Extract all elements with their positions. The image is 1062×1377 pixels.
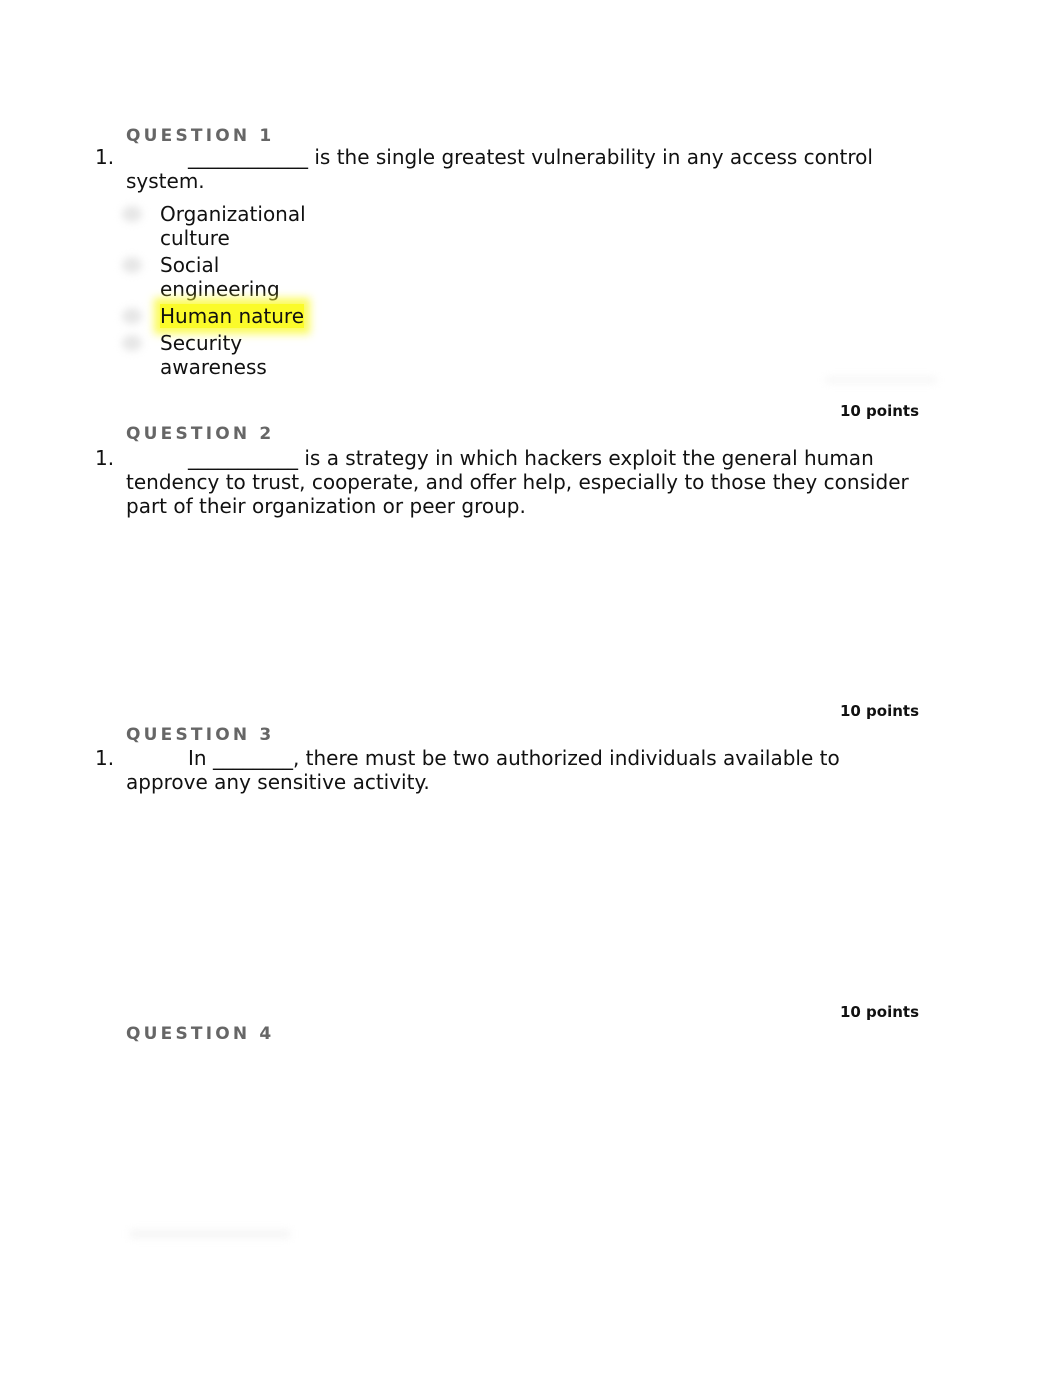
answer-label: Organizational culture	[160, 202, 306, 250]
question-number: 1.	[95, 746, 114, 770]
answer-blank: ________	[213, 746, 293, 770]
answer-option-organizational-culture[interactable]: Organizational culture	[118, 202, 330, 250]
points-label: 10 points	[840, 702, 919, 720]
answer-options: Organizational culture Social engineerin…	[118, 202, 330, 382]
blurred-element	[826, 377, 936, 383]
answer-label-highlighted: Human nature	[160, 304, 304, 328]
question-heading: QUESTION 4	[126, 1024, 274, 1044]
answer-label: Security awareness	[160, 331, 267, 379]
question-text: ____________ is the single greatest vuln…	[126, 145, 916, 193]
answer-blank: ___________	[188, 446, 298, 470]
answer-label: Social engineering	[160, 253, 280, 301]
radio-button[interactable]	[122, 206, 142, 222]
points-label: 10 points	[840, 1003, 919, 1021]
answer-blank: ____________	[188, 145, 308, 169]
answer-option-human-nature[interactable]: Human nature	[118, 304, 330, 328]
question-heading: QUESTION 2	[126, 424, 274, 444]
radio-button[interactable]	[122, 335, 142, 351]
radio-button[interactable]	[122, 308, 142, 324]
blurred-element	[130, 1230, 290, 1238]
points-label: 10 points	[840, 402, 919, 420]
question-number: 1.	[95, 145, 114, 169]
answer-option-social-engineering[interactable]: Social engineering	[118, 253, 330, 301]
radio-button[interactable]	[122, 257, 142, 273]
answer-option-security-awareness[interactable]: Security awareness	[118, 331, 330, 379]
question-number: 1.	[95, 446, 114, 470]
question-heading: QUESTION 1	[126, 126, 274, 146]
question-text: ___________ is a strategy in which hacke…	[126, 446, 916, 518]
question-heading: QUESTION 3	[126, 725, 274, 745]
question-text: In ________, there must be two authorize…	[126, 746, 916, 794]
